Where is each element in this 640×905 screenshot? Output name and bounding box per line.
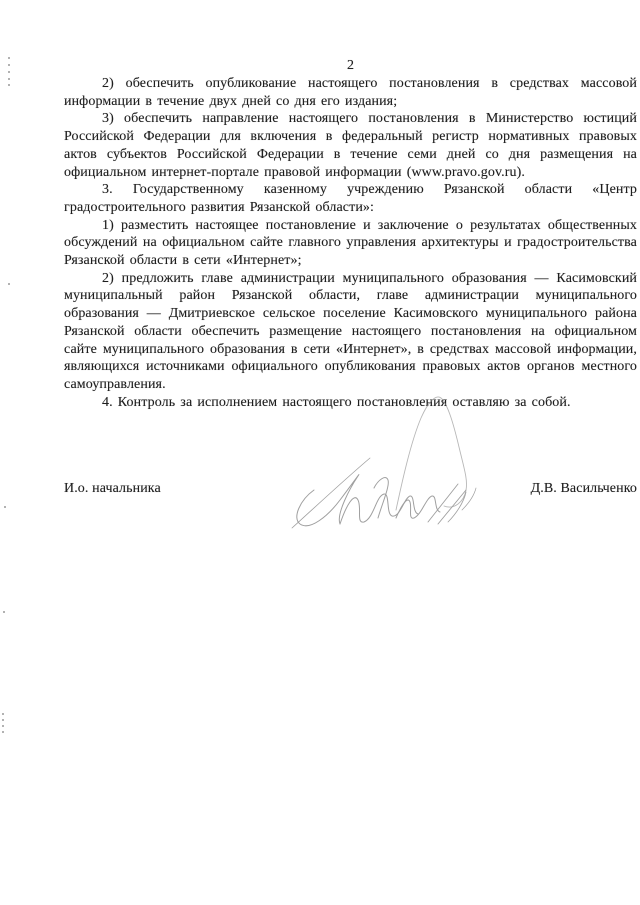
signatory-position-label: И.о. начальника (64, 481, 161, 497)
handwritten-signature (278, 392, 493, 550)
scanned-document-page: 2 2) обеспечить опубликование настоящего… (0, 0, 640, 905)
signatory-name-label: Д.В. Васильченко (531, 481, 637, 497)
paragraph-point-3-institution: 3. Государственному казенному учреждению… (64, 181, 637, 216)
paragraph-item-2-publish: 2) обеспечить опубликование настоящего п… (64, 75, 637, 110)
paragraph-subitem-2-propose: 2) предложить главе администрации муници… (64, 270, 637, 394)
paragraph-point-4-control: 4. Контроль за исполнением настоящего по… (64, 394, 637, 412)
paragraph-item-3-ministry: 3) обеспечить направление настоящего пос… (64, 110, 637, 181)
signature-block: И.о. начальника Д.В. Васильченко (64, 481, 637, 497)
document-body: 2) обеспечить опубликование настоящего п… (64, 75, 637, 411)
page-number: 2 (64, 58, 637, 74)
paragraph-subitem-1-post: 1) разместить настоящее постановление и … (64, 217, 637, 270)
